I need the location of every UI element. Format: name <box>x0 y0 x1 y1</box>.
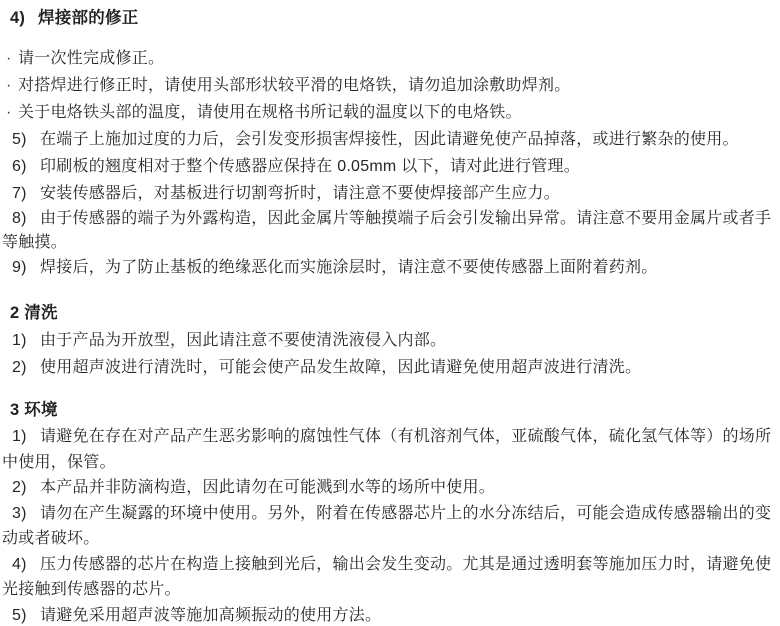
list-item: 5)请避免采用超声波等施加高频振动的使用方法。 <box>2 603 774 626</box>
list-text: 使用超声波进行清洗时，可能会使产品发生故障，因此请避免使用超声波进行清洗。 <box>40 359 641 376</box>
list-text: 请勿在产生凝露的环境中使用。另外，附着在传感器芯片上的水分冻结后，可能会造成传感… <box>2 505 771 548</box>
list-text: 由于传感器的端子为外露构造，因此金属片等触摸端子后会引发输出异常。请注意不要用金… <box>2 210 771 251</box>
list-item: 8)由于传感器的端子为外露构造，因此金属片等触摸端子后会引发输出异常。请注意不要… <box>2 207 774 254</box>
list-text: 请避免采用超声波等施加高频振动的使用方法。 <box>40 607 381 624</box>
list-marker: 1) <box>2 424 40 450</box>
heading-number: 4) <box>2 5 38 32</box>
list-text: 印刷板的翘度相对于整个传感器应保持在 0.05mm 以下，请对此进行管理。 <box>40 158 580 175</box>
list-item: 1)请避免在存在对产品产生恶劣影响的腐蚀性气体（有机溶剂气体，亚硫酸气体，硫化氢… <box>2 424 774 475</box>
list-marker: 8) <box>2 207 40 231</box>
list-text: 压力传感器的芯片在构造上接触到光后，输出会发生变动。尤其是通过透明套等施加压力时… <box>2 556 771 599</box>
list-item: 2)本产品并非防滴构造，因此请勿在可能溅到水等的场所中使用。 <box>2 475 774 501</box>
bullet-dot: · <box>2 99 18 126</box>
list-marker: 1) <box>2 327 40 354</box>
list-text: 本产品并非防滴构造，因此请勿在可能溅到水等的场所中使用。 <box>40 479 495 496</box>
list-text: 请避免在存在对产品产生恶劣影响的腐蚀性气体（有机溶剂气体，亚硫酸气体，硫化氢气体… <box>2 428 771 471</box>
bullet-text: 请一次性完成修正。 <box>18 50 164 67</box>
list-marker: 5) <box>2 603 40 626</box>
bullet-dot: · <box>2 72 18 99</box>
list-item: 5)在端子上施加过度的力后，会引发变形损害焊接性，因此请避免使产品掉落，或进行繁… <box>2 126 774 153</box>
list-item: 9)焊接后，为了防止基板的绝缘恶化而实施涂层时，请注意不要使传感器上面附着药剂。 <box>2 254 774 281</box>
list-item: 7)安装传感器后，对基板进行切割弯折时，请注意不要使焊接部产生应力。 <box>2 180 774 207</box>
list-marker: 4) <box>2 552 40 578</box>
list-item: 2)使用超声波进行清洗时，可能会使产品发生故障，因此请避免使用超声波进行清洗。 <box>2 354 774 381</box>
list-item: 3)请勿在产生凝露的环境中使用。另外，附着在传感器芯片上的水分冻结后，可能会造成… <box>2 501 774 552</box>
bullet-item: ·请一次性完成修正。 <box>2 45 774 72</box>
list-marker: 7) <box>2 180 40 207</box>
list-marker: 6) <box>2 153 40 180</box>
bullet-item: ·对搭焊进行修正时，请使用头部形状较平滑的电烙铁，请勿追加涂敷助焊剂。 <box>2 72 774 99</box>
list-text: 在端子上施加过度的力后，会引发变形损害焊接性，因此请避免使产品掉落，或进行繁杂的… <box>40 131 739 148</box>
heading-cleaning: 2 清洗 <box>2 300 774 327</box>
list-text: 由于产品为开放型，因此请注意不要使清洗液侵入内部。 <box>40 332 446 349</box>
list-marker: 9) <box>2 254 40 281</box>
list-marker: 3) <box>2 501 40 527</box>
list-marker: 5) <box>2 126 40 153</box>
bullet-list: ·请一次性完成修正。 ·对搭焊进行修正时，请使用头部形状较平滑的电烙铁，请勿追加… <box>2 45 774 126</box>
document-page: 4)焊接部的修正 ·请一次性完成修正。 ·对搭焊进行修正时，请使用头部形状较平滑… <box>0 0 780 626</box>
list-item: 4)压力传感器的芯片在构造上接触到光后，输出会发生变动。尤其是通过透明套等施加压… <box>2 552 774 603</box>
heading-solder-correction: 4)焊接部的修正 <box>2 5 774 32</box>
bullet-dot: · <box>2 45 18 72</box>
bullet-text: 关于电烙铁头部的温度，请使用在规格书所记载的温度以下的电烙铁。 <box>18 104 522 121</box>
bullet-text: 对搭焊进行修正时，请使用头部形状较平滑的电烙铁，请勿追加涂敷助焊剂。 <box>18 77 571 94</box>
heading-environment: 3 环境 <box>2 397 774 424</box>
list-item: 1)由于产品为开放型，因此请注意不要使清洗液侵入内部。 <box>2 327 774 354</box>
list-text: 安装传感器后，对基板进行切割弯折时，请注意不要使焊接部产生应力。 <box>40 185 560 202</box>
list-marker: 2) <box>2 475 40 501</box>
heading-label: 焊接部的修正 <box>38 9 139 27</box>
bullet-item: ·关于电烙铁头部的温度，请使用在规格书所记载的温度以下的电烙铁。 <box>2 99 774 126</box>
list-marker: 2) <box>2 354 40 381</box>
list-text: 焊接后，为了防止基板的绝缘恶化而实施涂层时，请注意不要使传感器上面附着药剂。 <box>40 259 658 276</box>
list-item: 6)印刷板的翘度相对于整个传感器应保持在 0.05mm 以下，请对此进行管理。 <box>2 153 774 180</box>
